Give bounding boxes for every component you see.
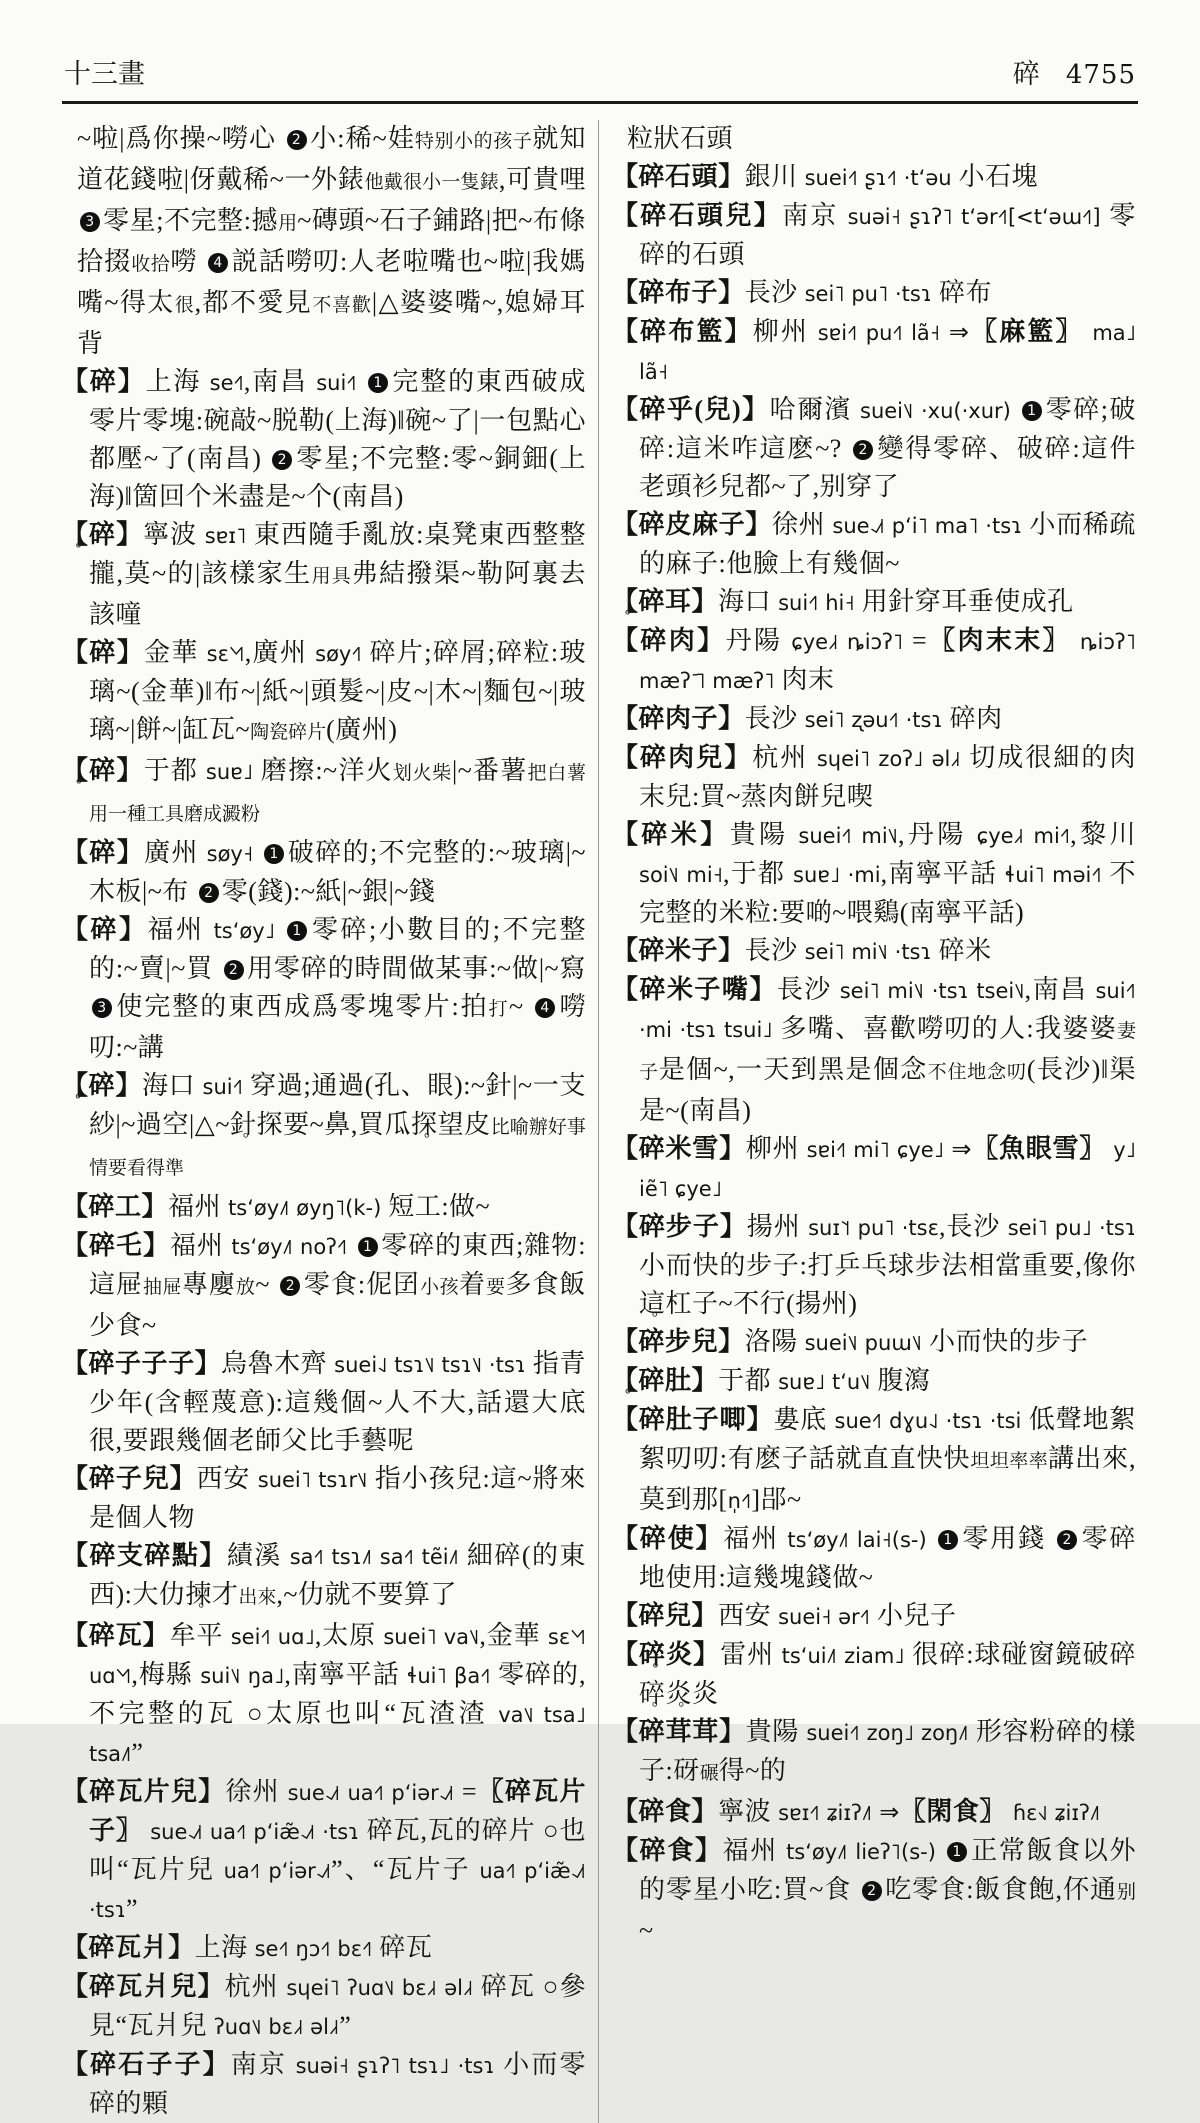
headword: 【碎食】 — [612, 1836, 723, 1865]
phonetic-transcription: tsʻøy˩˥ noʔ˧˥ — [231, 1235, 347, 1259]
headword-char: 碎 — [144, 1541, 171, 1570]
headword-char: 碎 — [89, 1071, 116, 1100]
body-text: 揚州 — [747, 1212, 808, 1241]
headword-close-bracket: 】 — [718, 278, 745, 307]
entry: 【碎兒】西安 suei˧ ər˧˥ 小兒子 — [612, 1597, 1136, 1636]
body-text: 丹陽 — [726, 626, 792, 655]
headword-char: 碎 — [639, 1212, 666, 1241]
header-rule — [62, 101, 1138, 104]
body-text: ,丹陽 — [898, 820, 977, 849]
headword-close-bracket: 】 — [692, 1601, 719, 1630]
body-text: 肉末 — [774, 665, 834, 694]
body-text: 小兒子 — [870, 1601, 957, 1630]
headword: 【碎支碎點】 — [62, 1541, 227, 1570]
entry: 【碎布子】長沙 sei˥ pu˥ ·tsɿ 碎布 — [612, 274, 1136, 313]
body-text: 寧波 — [718, 1797, 778, 1826]
entry: 【碎食】寧波 sɐɪ˧˥ ʑiɪʔ˩˥ ⇒〖閑食〗 ɦɛ˧˩ ʑiɪʔ˩˥ — [612, 1793, 1136, 1832]
headword-char: 米 — [665, 936, 692, 965]
headword-char: 子 — [146, 2050, 174, 2079]
phonetic-transcription: sɛ˥˧˥ — [207, 642, 245, 666]
sense-number: 1 — [358, 1237, 378, 1257]
headword-open-bracket: 【 — [612, 1640, 639, 1669]
headword-open-bracket: 【 — [612, 1601, 639, 1630]
phonetic-transcription: suei˧˥ zoŋ˩ zoŋ˩˥ — [806, 1721, 968, 1745]
body-text: 腹瀉 — [871, 1366, 931, 1395]
headword-open-bracket: 【 — [62, 1349, 89, 1378]
small-gloss: 用具 — [312, 566, 352, 587]
headword-open-bracket: 【 — [612, 395, 639, 424]
headword-char: 碎 — [90, 367, 118, 396]
headword-open-bracket: 【 — [612, 975, 639, 1004]
entry: 【碎子兒】西安 suei˥ tsɿr˥˩ 指小孩兒:這~將來是個人物 — [62, 1460, 586, 1537]
phonetic-transcription: sei˥ pu˩ ·tsɿ — [1008, 1216, 1136, 1240]
headword: 【碎耳】 — [612, 587, 718, 616]
headword: 【碎工】 — [62, 1192, 168, 1221]
body-text: 吃零食:飯食飽,伓通 — [885, 1875, 1117, 1904]
body-text: 海口 — [718, 587, 778, 616]
headword-open-bracket: 【 — [62, 367, 90, 396]
sense-number: 2 — [272, 450, 292, 470]
body-text: 專廮 — [182, 1270, 236, 1299]
headword-char: 爿 — [143, 1972, 170, 2001]
headword-char: 碎 — [640, 201, 668, 230]
entry: 【碎瓦片兒】徐州 sue˨˩˦ ua˧˥ pʻiər˨˩˦ =〖碎瓦片子〗 su… — [62, 1773, 586, 1929]
headword: 【碎食】 — [612, 1797, 718, 1826]
headword-char: 碎 — [639, 1134, 666, 1163]
phonetic-transcription: sɐi˧˥ pu˧˥ lã˧ — [818, 321, 940, 345]
body-text: 磨擦:~洋火 — [253, 756, 393, 785]
headword-open-bracket: 【 — [612, 820, 641, 849]
headword-char: 子 — [168, 1349, 195, 1378]
body-text: 用針穿耳垂使成孔 — [855, 587, 1074, 616]
headword-close-bracket: 】 — [692, 587, 719, 616]
headword-close-bracket: 】 — [719, 1717, 746, 1746]
small-gloss: 不喜歡 — [312, 295, 372, 316]
headword-open-bracket: 【 — [612, 1836, 640, 1865]
headword-char: 子 — [693, 1212, 720, 1241]
headword-char: 碎 — [89, 756, 116, 785]
body-text: ,于都 — [723, 859, 793, 888]
headword-open-bracket: 【 — [62, 1933, 89, 1962]
entry: 【碎炎】雷州 tsʻui˩˥ ziam˩ 很碎:球碰窗鏡破碎碎炎炎 — [612, 1636, 1136, 1713]
body-text: 銀川 — [745, 162, 805, 191]
headword-close-bracket: 】 — [697, 626, 725, 655]
headword-open-bracket: 【 — [62, 1621, 89, 1650]
headword-open-bracket: 【 — [612, 1797, 639, 1826]
headword: 【碎瓦片兒】 — [62, 1777, 225, 1806]
phonetic-transcription: suei˥ va˥˩ — [383, 1625, 479, 1649]
headword: 【碎茸茸】 — [612, 1717, 746, 1746]
headword-char: 碎 — [89, 1777, 116, 1806]
headword: 【碎瓦】 — [62, 1621, 170, 1650]
body-text — [936, 1836, 944, 1865]
headword: 【碎肉兒】 — [612, 743, 752, 772]
entry: 【碎子子子】烏魯木齊 suei˨˩ tsɿ˥˩ tsɿ˥˩ ·tsɿ 指青少年(… — [62, 1345, 586, 1460]
entry: 【碎】于都 suɐ˩ 磨擦:~洋火划火柴|~番薯把白薯用一種工具磨成澱粉 — [62, 752, 586, 834]
body-text: 徐州 — [772, 510, 832, 539]
body-text: 福州 — [170, 1231, 231, 1260]
headword-char: 碎 — [639, 1601, 666, 1630]
headword-char: 唧 — [720, 1405, 747, 1434]
phonetic-transcription: ɬui˥ məi˧˥ — [1005, 863, 1102, 887]
headword-char: 碎 — [89, 520, 116, 549]
column-left: ~啦|爲你操~嘮心 2小:稀~娃特别小的孩子就知道花錢啦|伢戴稀~一外錶他戴很小… — [62, 120, 586, 2123]
phonetic-transcription: suəi˧ ʂɿʔ˥ tsɿ˩ ·tsɿ — [296, 2054, 495, 2078]
entry: 【碎】廣州 søy˧ 1破碎的;不完整的:~玻璃|~木板|~布 2零(錢):~紙… — [62, 834, 586, 911]
headword-close-bracket: 】 — [724, 743, 752, 772]
body-text: 貴陽 — [746, 1717, 807, 1746]
headword-close-bracket: 】 — [718, 936, 745, 965]
cross-reference: 〖閑食〗 — [900, 1797, 1006, 1826]
body-text: 雷州 — [720, 1640, 782, 1669]
column-right: 粒狀石頭【碎石頭】銀川 suei˧˥ ʂɿ˧˥ ·tʻəu 小石塊【碎石頭兒】南… — [612, 120, 1136, 1950]
body-text: ,梅縣 — [131, 1660, 200, 1689]
body-text: 碎瓦 — [372, 1933, 432, 1962]
small-gloss: 陶瓷碎片 — [250, 722, 326, 743]
headword-char: 耳 — [665, 587, 692, 616]
headword-close-bracket: 】 — [117, 638, 144, 667]
headword: 【碎炎】 — [612, 1640, 720, 1669]
body-text: 西安 — [197, 1464, 258, 1493]
headword: 【碎乇】 — [62, 1231, 170, 1260]
headword: 【碎布籃】 — [612, 317, 753, 346]
headword-char: 碎 — [639, 1327, 666, 1356]
body-text: ” — [126, 1894, 138, 1923]
phonetic-transcription: ɕye˩˧ mi˧˥ — [977, 824, 1070, 848]
headword: 【碎瓦爿】 — [62, 1933, 195, 1962]
body-text: 金華 — [144, 638, 207, 667]
header-character: 碎 — [1013, 52, 1040, 91]
headword-close-bracket: 】 — [693, 1640, 720, 1669]
headword-open-bracket: 【 — [62, 1777, 89, 1806]
headword-char: 工 — [115, 1192, 142, 1221]
phonetic-transcription: sui˥˩ ŋa˩ — [200, 1664, 284, 1688]
headword: 【碎子子子】 — [62, 1349, 221, 1378]
headword-open-bracket: 【 — [612, 1327, 639, 1356]
ring-marked-char: 杠 — [666, 1289, 693, 1318]
headword: 【碎乎(兒)】 — [612, 395, 770, 424]
headword: 【碎石頭】 — [612, 162, 745, 191]
phonetic-transcription: sɐɪ˥ — [205, 524, 247, 548]
headword-close-bracket: 】 — [696, 1524, 724, 1553]
entry: 【碎肉子】長沙 sei˥ ʐəu˧˥ ·tsɿ 碎肉 — [612, 700, 1136, 739]
headword-char: 子 — [692, 278, 719, 307]
body-text: 柳州 — [746, 1134, 807, 1163]
headword-open-bracket: 【 — [612, 1134, 639, 1163]
entry: 【碎】寧波 sɐɪ˥ 東西隨手亂放:桌凳東西整整攏,莫~的|該樣家生用具弗結撥渠… — [62, 516, 586, 634]
body-text: 南京 — [782, 201, 848, 230]
headword-char: 碎 — [639, 704, 666, 733]
ring-marked-char: 炎 — [692, 1679, 719, 1708]
headword-close-bracket: 】 — [198, 1777, 225, 1806]
body-text: ,太原 — [315, 1621, 384, 1650]
body-text: 上海 — [195, 1933, 255, 1962]
headword-open-bracket: 【 — [612, 1717, 639, 1746]
entry: 【碎肚子唧】婁底 sue˧˥ dɣu˨˩ ·tsɿ ·tsi 低聲地絮絮叨叨:有… — [612, 1401, 1136, 1520]
cross-reference-arrow-icon: ⇒ — [879, 1798, 900, 1826]
phonetic-transcription: tsʻøy˩˥ lai˧(s-) — [787, 1528, 926, 1552]
headword: 【碎子兒】 — [62, 1464, 197, 1493]
body-text: ,~仂就不要算了 — [276, 1580, 457, 1609]
phonetic-transcription: suei˧˥ ʂɿ˧˥ ·tʻəu — [805, 166, 952, 190]
phonetic-transcription: sei˥ ʐəu˧˥ ·tsɿ — [805, 708, 943, 732]
entry: 【碎米雪】柳州 sɐi˧˥ mi˥ ɕye˩ ⇒〖魚眼雪〗 y˩ iẽ˥ ɕye… — [612, 1130, 1136, 1208]
headword-open-bracket: 【 — [612, 317, 640, 346]
body-text: 零用錢 — [961, 1524, 1054, 1553]
body-text: 績溪 — [227, 1541, 290, 1570]
body-text: ,長沙 — [939, 1212, 1008, 1241]
headword: 【碎石子子】 — [62, 2050, 231, 2079]
body-text: 寧波 — [143, 520, 205, 549]
headword-char: 碎 — [639, 162, 666, 191]
headword-char: 子 — [692, 936, 719, 965]
headword-char: 瓦 — [116, 1777, 143, 1806]
entry: 【碎支碎點】績溪 sa˧˥ tsɿ˩˥ sa˧˥ tẽi˩˥ 細碎(的東西):大… — [62, 1537, 586, 1617]
headword-char: 碎 — [640, 1524, 668, 1553]
headword-open-bracket: 【 — [612, 1212, 639, 1241]
body-text: 杭州 — [752, 743, 817, 772]
body-text: 上海 — [146, 367, 210, 396]
small-gloss: 要 — [486, 1277, 505, 1298]
body-text: = — [454, 1777, 477, 1806]
phonetic-transcription: sei˥ mi˥˩ ·tsɿ — [805, 940, 932, 964]
body-text: ,可貴哩 — [499, 165, 586, 194]
headword-close-bracket: 】 — [142, 1192, 169, 1221]
headword-open-bracket: 【 — [62, 838, 89, 867]
entry-continuation: ~啦|爲你操~嘮心 2小:稀~娃特别小的孩子就知道花錢啦|伢戴稀~一外錶他戴很小… — [62, 120, 586, 363]
body-text: 南京 — [231, 2050, 296, 2079]
headword: 【碎】 — [62, 756, 144, 785]
headword-open-bracket: 【 — [612, 743, 640, 772]
body-text — [940, 317, 949, 346]
headword-char: 茸 — [692, 1717, 719, 1746]
phonetic-transcription: suɪ˥˦ pu˥ ·tsɛ — [808, 1216, 939, 1240]
body-text: 子~不行(揚州) — [692, 1289, 857, 1318]
body-text: ,南寧平話 — [284, 1660, 407, 1689]
headword-close-bracket: 】 — [168, 1933, 195, 1962]
entry: 【碎布籃】柳州 sɐi˧˥ pu˧˥ lã˧ ⇒〖麻籃〗 ma˩ lã˧ — [612, 313, 1136, 391]
phonetic-transcription: sui˧˥ — [316, 371, 356, 395]
entry: 【碎石頭】銀川 suei˧˥ ʂɿ˧˥ ·tʻəu 小石塊 — [612, 158, 1136, 197]
sense-number: 1 — [264, 844, 284, 864]
small-gloss: 放 — [236, 1277, 255, 1298]
sense-number: 2 — [862, 1881, 882, 1901]
entry: 【碎】海口 sui˧˥ 穿過;通過(孔、眼):~針|~一支紗|~過空|△~針探要… — [62, 1067, 586, 1188]
cross-reference: 〖肉末末〗 — [927, 626, 1071, 655]
ring-marked-char: 望 — [438, 1110, 465, 1139]
body-text: 碎布 — [932, 278, 992, 307]
entry: 【碎瓦爿】上海 se˧˥ ŋɔ˧˥ bɛ˧˥ 碎瓦 — [62, 1929, 586, 1968]
entry: 【碎肉】丹陽 ɕye˩˧ ȵiɔʔ˥ =〖肉末末〗 ȵiɔʔ˥ mæʔ˥˥ mæ… — [612, 622, 1136, 700]
small-gloss: 坦坦率率 — [970, 1451, 1048, 1472]
entry: 【碎食】福州 tsʻøy˩˥ lieʔ˥(s-) 1正常飯食以外的零星小吃:買~… — [612, 1832, 1136, 1950]
sense-number: 1 — [938, 1530, 958, 1550]
headword-close-bracket: 】 — [119, 915, 148, 944]
entry: 【碎瓦】牟平 sei˧˥ uɑ˩,太原 suei˥ va˥˩,金華 sɛ˥˧˥ … — [62, 1617, 586, 1773]
headword-close-bracket: 】 — [116, 520, 143, 549]
body-text: 碎米 — [932, 936, 992, 965]
headword-char: 瓦 — [115, 1933, 142, 1962]
phonetic-transcription: sɐi˧˥ mi˥ ɕye˩ — [807, 1138, 944, 1162]
small-gloss: 小孩 — [420, 1277, 459, 1298]
headword-char: 乎 — [667, 395, 694, 424]
body-text: 皮 — [464, 1110, 491, 1139]
headword-close-bracket: 】 — [719, 1134, 746, 1163]
headword: 【碎】 — [62, 520, 143, 549]
headword-close-bracket: 】 — [170, 1464, 197, 1493]
headword: 【碎瓦爿兒】 — [62, 1972, 225, 2001]
entry: 【碎石子子】南京 suəi˧ ʂɿʔ˥ tsɿ˩ ·tsɿ 小而零碎的顆 — [62, 2046, 586, 2123]
headword-char: 兒 — [665, 1601, 692, 1630]
headword-char: 碎 — [91, 915, 120, 944]
headword: 【碎使】 — [612, 1524, 723, 1553]
headword-close-bracket: 】 — [116, 756, 143, 785]
headword: 【碎步子】 — [612, 1212, 747, 1241]
headword-close-bracket: 】 — [720, 1212, 747, 1241]
body-text: 零食:伲囝 — [303, 1270, 420, 1299]
headword-close-bracket: 】 — [692, 1366, 719, 1395]
entry: 【碎石頭兒】南京 suəi˧ ʂɿʔ˥ tʻər˧˥[<tʻəɯ˧˥] 零碎的石… — [612, 197, 1136, 274]
headword: 【碎米雪】 — [612, 1134, 746, 1163]
headword: 【碎肉子】 — [612, 704, 745, 733]
headword-char: 片 — [144, 1777, 171, 1806]
body-text: 長沙 — [777, 975, 840, 1004]
headword-char: 乇 — [116, 1231, 143, 1260]
headword-open-bracket: 【 — [612, 704, 639, 733]
headword-char: 兒 — [143, 1464, 170, 1493]
headword-char: 步 — [665, 1327, 692, 1356]
headword-close-bracket: 】 — [692, 1797, 719, 1826]
sense-number: 4 — [535, 998, 555, 1018]
phonetic-transcription: tsʻøy˩˥ øyŋ˥(k-) — [228, 1196, 381, 1220]
headword-char: 雪 — [692, 1134, 719, 1163]
ring-marked-char: 探 — [257, 1110, 284, 1139]
phonetic-transcription: sɥei˥ ʔuɑ˥˩ bɛ˩˧ əl˩˧ — [286, 1976, 473, 2000]
entry: 【碎乇】福州 tsʻøy˩˥ noʔ˧˥ 1零碎的東西;雜物:這屉抽屉專廮放~ … — [62, 1227, 586, 1345]
phonetic-transcription: n̩˧˥ — [728, 1489, 752, 1513]
headword-char: ) — [732, 395, 741, 424]
headword-char: 碎 — [89, 1972, 116, 2001]
body-text — [1084, 317, 1093, 346]
body-text: |~番薯 — [452, 756, 527, 785]
sense-number: 1 — [287, 921, 307, 941]
cross-reference-arrow-icon: ⇒ — [949, 318, 970, 346]
cross-reference-arrow-icon: ⇒ — [951, 1135, 972, 1163]
body-text: ~ — [639, 1916, 654, 1945]
phonetic-transcription: tsʻøy˩˥ lieʔ˥(s-) — [786, 1840, 936, 1864]
headword-char: 碎 — [639, 587, 666, 616]
headword-char: 石 — [118, 2050, 146, 2079]
headword: 【碎米子】 — [612, 936, 745, 965]
headword-char: 碎 — [89, 1541, 116, 1570]
headword-open-bracket: 【 — [612, 162, 639, 191]
headword: 【碎米子嘴】 — [612, 975, 777, 1004]
headword-char: 碎 — [639, 936, 666, 965]
body-text: 長沙 — [745, 936, 805, 965]
headword: 【碎石頭兒】 — [612, 201, 782, 230]
headword: 【碎兒】 — [612, 1601, 718, 1630]
headword-close-bracket: 】 — [741, 395, 769, 424]
headword-close-bracket: 】 — [754, 201, 782, 230]
headword-char: 子 — [693, 1405, 720, 1434]
phonetic-transcription: sa˧˥ tsɿ˩˥ sa˧˥ tẽi˩˥ — [290, 1545, 459, 1569]
headword-close-bracket: 】 — [749, 975, 776, 1004]
sense-number: 3 — [80, 212, 100, 232]
headword-char: 食 — [667, 1836, 695, 1865]
headword-char: 嘴 — [722, 975, 749, 1004]
headword-close-bracket: 】 — [745, 510, 772, 539]
headword-char: 碎 — [641, 820, 670, 849]
entry: 【碎皮麻子】徐州 sue˨˩˦ pʻi˥ ma˥ ·tsɿ 小而稀疏的麻子:他臉… — [612, 506, 1136, 583]
headword-open-bracket: 【 — [62, 915, 91, 944]
headword-char: 碎 — [89, 1464, 116, 1493]
entry: 【碎使】福州 tsʻøy˩˥ lai˧(s-) 1零用錢 2零碎地使用:這幾塊錢… — [612, 1520, 1136, 1597]
body-text: 小而快的步子 — [922, 1327, 1088, 1356]
headword-char: 肉 — [668, 743, 696, 772]
headword: 【碎步兒】 — [612, 1327, 745, 1356]
phonetic-transcription: sui˧˥ — [203, 1075, 243, 1099]
headword-char: 茸 — [665, 1717, 692, 1746]
ring-marked-char: 才 — [212, 1580, 239, 1609]
entry: 【碎米】貴陽 suei˧˥ mi˥˩,丹陽 ɕye˩˧ mi˧˥,黎川 soi˥… — [612, 816, 1136, 932]
sense-number: 4 — [208, 253, 228, 273]
body-text: = — [903, 626, 927, 655]
small-gloss: 碾 — [700, 1763, 719, 1784]
body-text: 用零碎的時間做某事:~做|~寫 — [247, 954, 586, 983]
headword-char: 碎 — [639, 975, 666, 1004]
small-gloss: 别 — [1117, 1882, 1136, 1903]
phonetic-transcription: sue˨˩˦ pʻi˥ ma˥ ·tsɿ — [832, 514, 1022, 538]
body-text: 着 — [459, 1270, 486, 1299]
headword-char: 麻 — [692, 510, 719, 539]
headword-close-bracket: 】 — [117, 838, 144, 867]
headword-char: 子 — [719, 510, 746, 539]
body-text: 長沙 — [745, 278, 805, 307]
body-text: 福州 — [723, 1524, 787, 1553]
phonetic-transcription: sue˨˩˦ ua˧˥ pʻiæ̃˨˩˦ ·tsɿ — [150, 1820, 359, 1844]
headword-open-bracket: 【 — [62, 1464, 89, 1493]
phonetic-transcription: tsʻui˩˥ ziam˩ — [782, 1644, 905, 1668]
small-gloss: 划火柴 — [393, 763, 452, 784]
headword-char: 肉 — [665, 704, 692, 733]
phonetic-transcription: suei˥ tsɿr˥˩ — [258, 1468, 368, 1492]
headword-char: 碎 — [639, 395, 666, 424]
entry: 【碎】上海 se˧˥,南昌 sui˧˥ 1完整的東西破成零片零塊:碗敲~脱勒(上… — [62, 363, 586, 516]
headword-char: 頭 — [697, 201, 725, 230]
entry: 【碎肚】于都 suɐ˩ tʻu˥˩ 腹瀉 — [612, 1362, 1136, 1401]
headword-char: 碎 — [639, 278, 666, 307]
body-text: 短工:做~ — [381, 1192, 490, 1221]
headword-close-bracket: 】 — [115, 1071, 142, 1100]
headword-close-bracket: 】 — [695, 1836, 723, 1865]
headword-close-bracket: 】 — [143, 1621, 170, 1650]
headword-open-bracket: 【 — [612, 278, 639, 307]
headword-char: 兒 — [170, 1972, 197, 2001]
headword-char: 米 — [666, 1134, 693, 1163]
phonetic-transcription: ɕye˩˧ ȵiɔʔ˥ — [791, 630, 903, 654]
body-text: 得~的 — [719, 1756, 787, 1785]
body-text: 碎肉 — [943, 704, 1003, 733]
body-text: 貴陽 — [730, 820, 799, 849]
headword-open-bracket: 【 — [612, 510, 639, 539]
phonetic-transcription: suəi˧ ʂɿʔ˥ tʻər˧˥[<tʻəɯ˧˥] — [848, 205, 1101, 229]
phonetic-transcription: suei˥˩ ·xu(·xur) — [860, 399, 1011, 423]
headword-char: 碎 — [639, 1717, 666, 1746]
sense-number: 3 — [92, 998, 112, 1018]
headword-char: 肚 — [665, 1366, 692, 1395]
headword-open-bracket: 【 — [62, 638, 89, 667]
entry: 【碎步子】揚州 suɪ˥˦ pu˥ ·tsɛ,長沙 sei˥ pu˩ ·tsɿ … — [612, 1208, 1136, 1323]
